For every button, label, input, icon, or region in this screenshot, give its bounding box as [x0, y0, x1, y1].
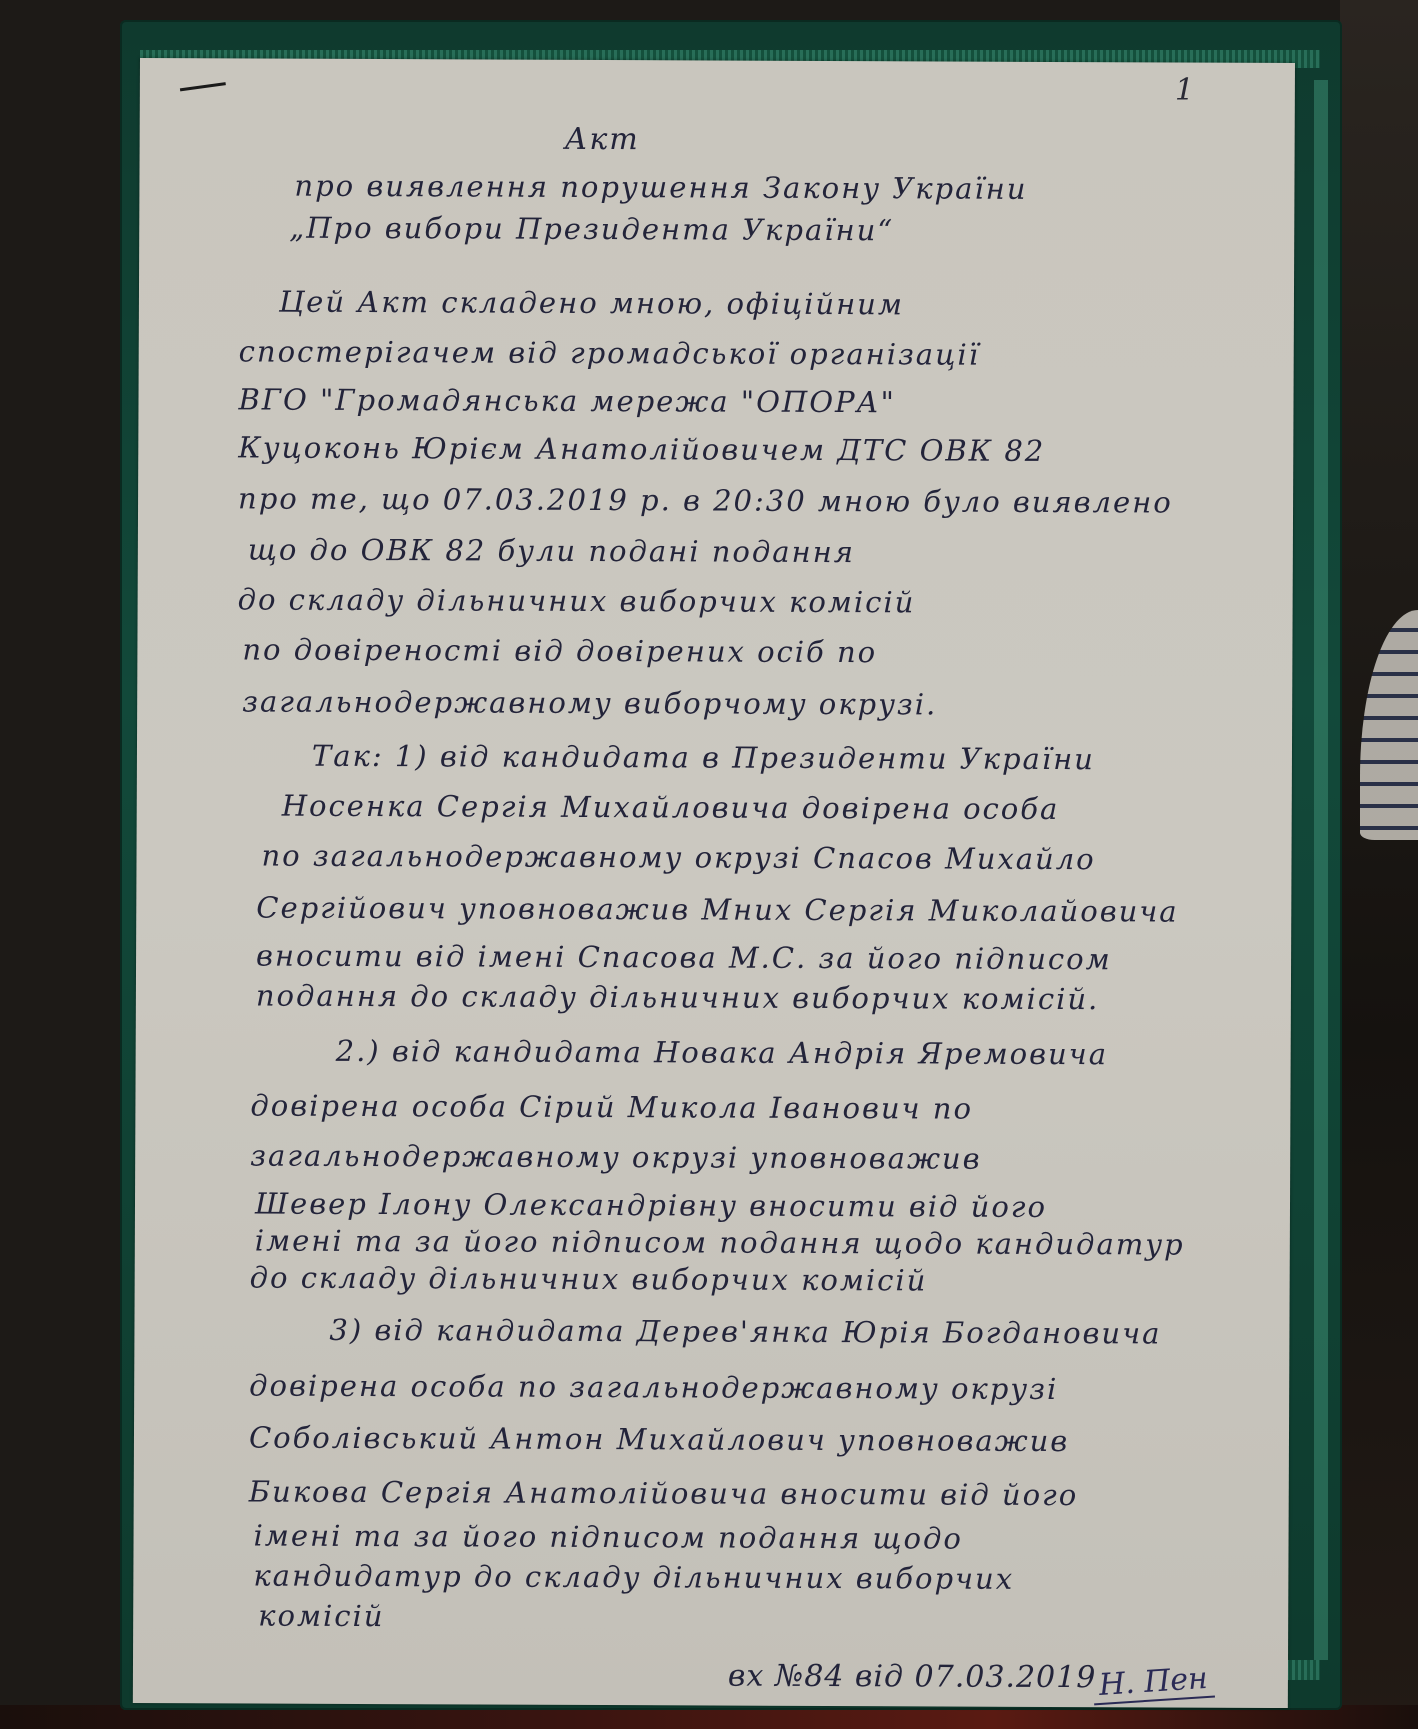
body-line: ВГО "Громадянська мережа "ОПОРА" — [238, 382, 895, 419]
background-right — [1340, 0, 1418, 1729]
document-subtitle-line: „Про вибори Президента України“ — [289, 211, 894, 248]
body-line: Носенка Сергія Михайловича довірена особ… — [282, 789, 1060, 826]
body-line: Цей Акт складено мною, офіційним — [279, 285, 904, 322]
body-line: Соболівський Антон Михайлович уповноважи… — [249, 1420, 1069, 1458]
body-line: по довіреності від довірених осіб по — [242, 632, 877, 669]
body-line: довірена особа Сірий Микола Іванович по — [250, 1088, 973, 1125]
registration-stamp: вх №84 від 07.03.2019 — [728, 1659, 1097, 1696]
body-line: вносити від імені Спасова М.С. за його п… — [256, 939, 1112, 977]
body-line: подання до складу дільничних виборчих ко… — [256, 979, 1100, 1017]
body-line: імені та за його підписом подання щодо к… — [255, 1224, 1185, 1262]
body-line: по загальнодержавному окрузі Спасов Миха… — [261, 839, 1095, 877]
body-line: Так: 1) від кандидата в Президенти Украї… — [312, 739, 1095, 776]
body-line: що до ОВК 82 були подані подання — [248, 532, 855, 569]
body-line: Куцоконь Юрієм Анатолійовичем ДТС ОВК 82 — [238, 430, 1045, 468]
body-line: 3) від кандидата Дерев'янка Юрія Богдано… — [329, 1313, 1161, 1351]
top-mark — [180, 82, 226, 91]
document-subtitle-line: про виявлення порушення Закону України — [294, 169, 1027, 206]
body-line: комісій — [258, 1599, 384, 1634]
body-line: до складу дільничних виборчих комісій — [238, 582, 916, 619]
body-line: Сергійович уповноважив Мних Сергія Микол… — [256, 891, 1178, 929]
body-line: кандидатур до складу дільничних виборчих — [253, 1559, 1014, 1596]
body-line: загальнодержавному окрузі уповноважив — [250, 1138, 981, 1175]
body-line: до складу дільничних виборчих комісій — [250, 1260, 928, 1297]
body-line: Шевер Ілону Олександрівну вносити від йо… — [255, 1187, 1047, 1224]
document-title: Акт — [565, 122, 640, 157]
body-line: Бикова Сергія Анатолійовича вносити від … — [249, 1474, 1079, 1512]
body-line: загальнодержавному виборчому окрузі. — [242, 684, 937, 721]
body-line: 2.) від кандидата Новака Андрія Яремович… — [336, 1034, 1109, 1071]
page-number: 1 — [1175, 73, 1194, 108]
signature: Н. Пен — [1092, 1661, 1215, 1706]
background-object — [1360, 610, 1418, 840]
body-line: про те, що 07.03.2019 р. в 20:30 мною бу… — [238, 481, 1173, 519]
body-line: імені та за його підписом подання щодо — [253, 1519, 962, 1556]
folder-edge — [1314, 80, 1328, 1660]
body-line: спостерігачем від громадської організаці… — [239, 334, 980, 371]
document-sheet: 1 Акт про виявлення порушення Закону Укр… — [133, 58, 1295, 1708]
body-line: довірена особа по загальнодержавному окр… — [249, 1368, 1058, 1406]
